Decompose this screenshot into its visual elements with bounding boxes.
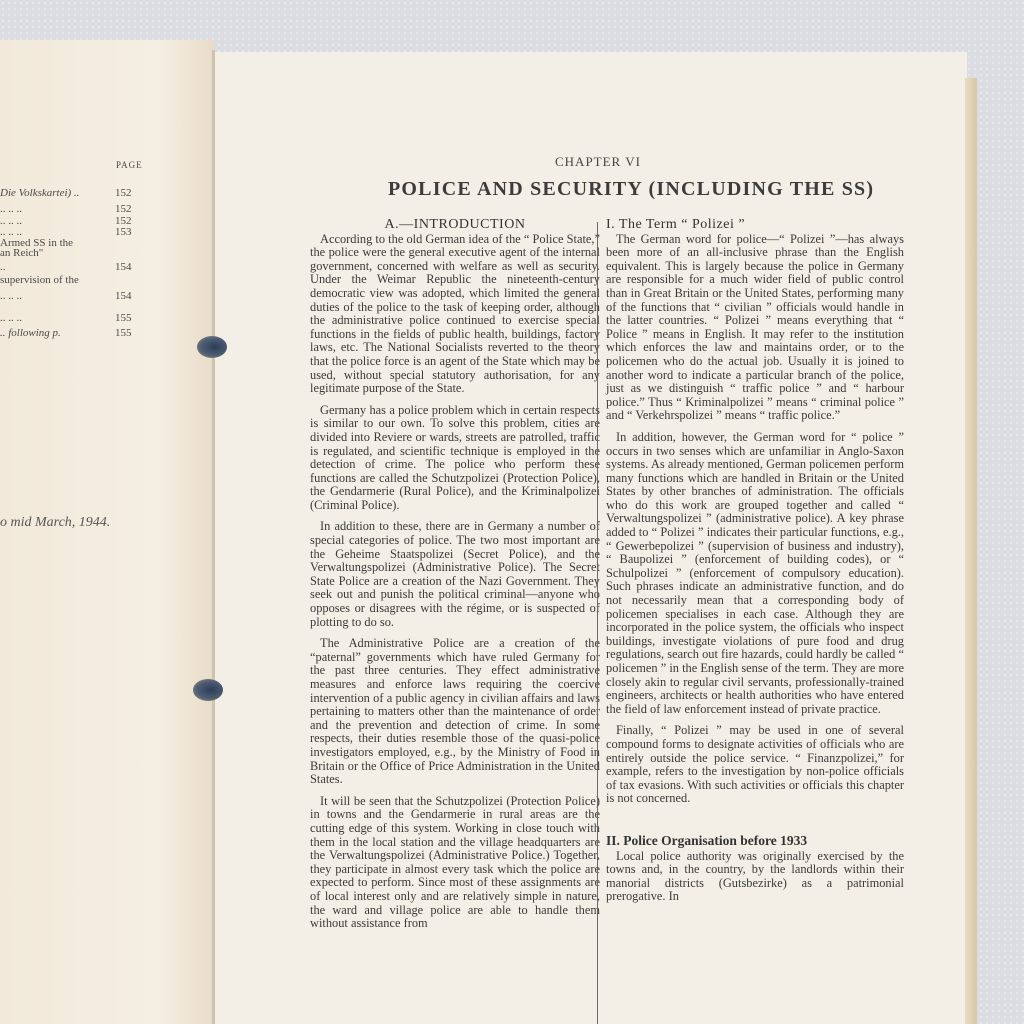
section-heading: I. The Term “ Polizei ”	[606, 218, 904, 232]
paragraph: Germany has a police problem which in ce…	[310, 404, 600, 513]
right-text-column: I. The Term “ Polizei ” The German word …	[606, 218, 904, 912]
paragraph: The Administrative Police are a creation…	[310, 637, 600, 787]
toc-row: .. .. ..152	[0, 203, 160, 215]
paragraph: It will be seen that the Schutzpolizei (…	[310, 795, 600, 931]
binding-hole-icon	[197, 336, 227, 358]
paragraph: According to the old German idea of the …	[310, 233, 600, 396]
toc-row: Die Volkskartei) ..152	[0, 187, 160, 199]
paragraph: In addition to these, there are in Germa…	[310, 520, 600, 629]
column-divider	[597, 222, 598, 1024]
page-stack-edge	[965, 78, 977, 1024]
toc-row: ..154	[0, 261, 160, 273]
paragraph: The German word for police—“ Polizei ”—h…	[606, 233, 904, 423]
toc-row: .. following p.155	[0, 327, 160, 339]
paragraph: In addition, however, the German word fo…	[606, 431, 904, 716]
toc-page-header: PAGE	[116, 160, 143, 170]
date-line: o mid March, 1944.	[0, 515, 110, 531]
toc-row: supervision of the	[0, 274, 160, 286]
binding-hole-icon	[193, 679, 223, 701]
chapter-title: POLICE AND SECURITY (INCLUDING THE SS)	[388, 178, 874, 201]
toc-row: .. .. ..155	[0, 312, 160, 324]
chapter-number: CHAPTER VI	[555, 154, 641, 170]
toc-row: an Reich"	[0, 247, 160, 259]
section-heading: A.—INTRODUCTION	[310, 218, 600, 232]
left-text-column: A.—INTRODUCTION According to the old Ger…	[310, 218, 600, 939]
section-heading: II. Police Organisation before 1933	[606, 834, 904, 848]
toc-row: .. .. ..154	[0, 290, 160, 302]
paragraph: Local police authority was originally ex…	[606, 850, 904, 904]
paragraph: Finally, “ Polizei ” may be used in one …	[606, 724, 904, 806]
